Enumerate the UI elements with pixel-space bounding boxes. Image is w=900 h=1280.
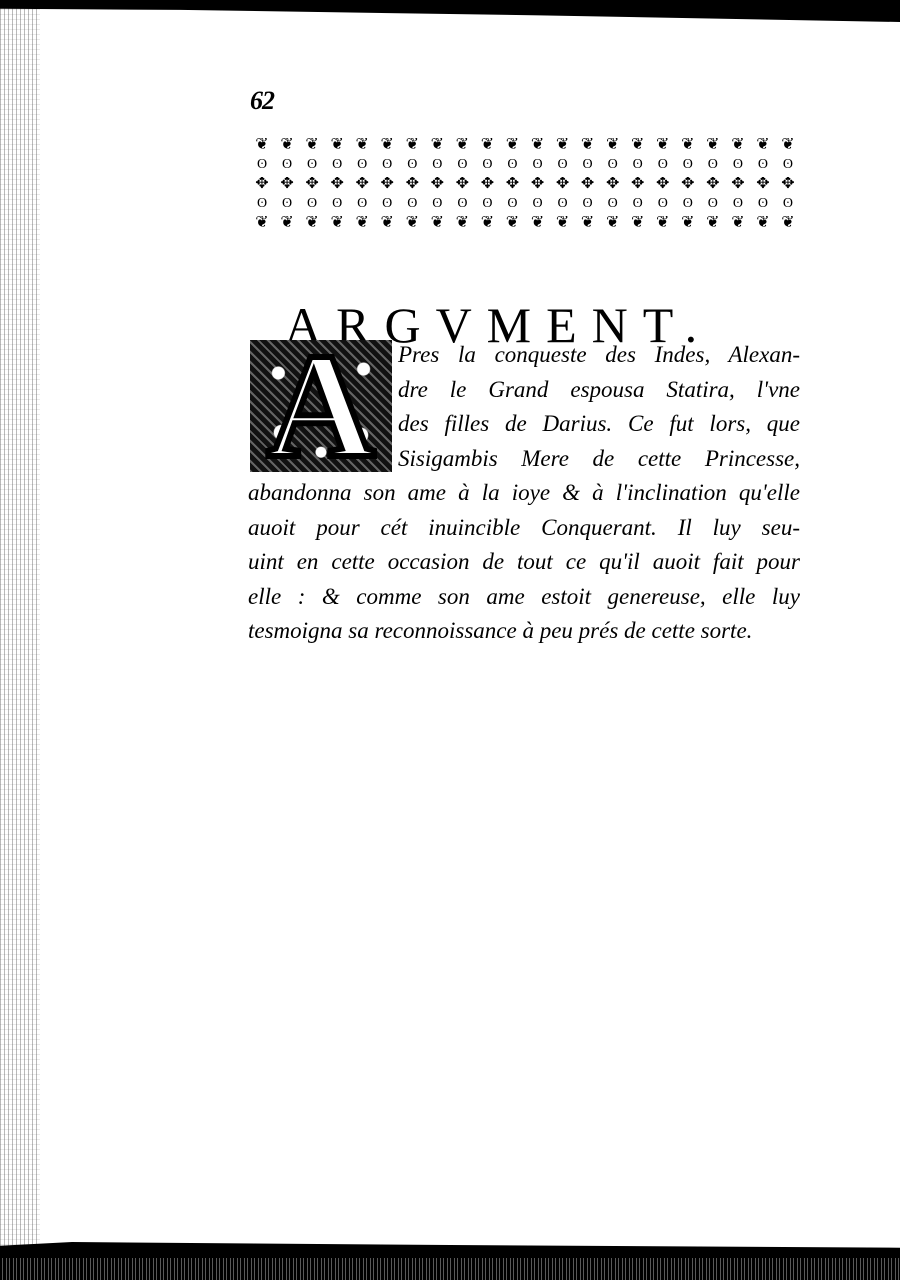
ornament-glyph-icon: ʘ [400, 158, 424, 172]
ornament-glyph-icon: ✥ [626, 177, 650, 191]
ornament-glyph-icon: ʘ [400, 197, 424, 211]
ornament-glyph-icon: ❦ [450, 216, 474, 230]
ornament-glyph-icon: ʘ [551, 197, 575, 211]
ornament-glyph-icon: ❦ [450, 138, 474, 152]
ornament-glyph-icon: ❦ [400, 138, 424, 152]
ornament-glyph-icon: ʘ [601, 158, 625, 172]
ornament-glyph-icon: ✥ [701, 177, 725, 191]
ornament-glyph-icon: ❦ [651, 138, 675, 152]
argument-paragraph: Pres la conqueste des Indes, Alexan- dre… [248, 338, 800, 649]
ornament-glyph-icon: ʘ [676, 158, 700, 172]
ornament-glyph-icon: ʘ [651, 158, 675, 172]
text-line: dre le Grand espousa Statira, l'vne [248, 373, 800, 408]
ornament-glyph-icon: ʘ [601, 197, 625, 211]
ornament-glyph-icon: ❦ [475, 138, 499, 152]
ornament-glyph-icon: ❦ [576, 216, 600, 230]
ornament-glyph-icon: ❦ [500, 138, 524, 152]
ornament-glyph-icon: ʘ [475, 158, 499, 172]
ornament-glyph-icon: ✥ [751, 177, 775, 191]
ornament-glyph-icon: ❦ [325, 138, 349, 152]
ornament-row-fleurons-top: ❦❦❦❦❦❦❦❦❦❦❦❦❦❦❦❦❦❦❦❦❦❦ [250, 138, 800, 152]
ornament-glyph-icon: ✥ [425, 177, 449, 191]
ornament-glyph-icon: ʘ [626, 197, 650, 211]
ornament-glyph-icon: ʘ [526, 197, 550, 211]
ornament-glyph-icon: ❦ [776, 216, 800, 230]
page-number: 62 [250, 86, 274, 116]
ornament-glyph-icon: ❦ [350, 216, 374, 230]
ornament-glyph-icon: ❦ [375, 216, 399, 230]
ornament-glyph-icon: ✥ [300, 177, 324, 191]
ornament-glyph-icon: ʘ [776, 197, 800, 211]
ornament-row-scrolls: ʘʘʘʘʘʘʘʘʘʘʘʘʘʘʘʘʘʘʘʘʘʘ [250, 158, 800, 172]
ornament-glyph-icon: ❦ [475, 216, 499, 230]
ornament-glyph-icon: ʘ [500, 158, 524, 172]
ornament-glyph-icon: ʘ [350, 158, 374, 172]
ornament-glyph-icon: ✥ [726, 177, 750, 191]
ornamental-headpiece: ❦❦❦❦❦❦❦❦❦❦❦❦❦❦❦❦❦❦❦❦❦❦ ʘʘʘʘʘʘʘʘʘʘʘʘʘʘʘʘʘ… [250, 138, 800, 230]
ornament-glyph-icon: ʘ [450, 158, 474, 172]
ornament-glyph-icon: ❦ [325, 216, 349, 230]
ornament-glyph-icon: ʘ [450, 197, 474, 211]
ornament-glyph-icon: ʘ [350, 197, 374, 211]
ornament-glyph-icon: ✥ [576, 177, 600, 191]
ornament-glyph-icon: ʘ [425, 197, 449, 211]
ornament-glyph-icon: ❦ [651, 216, 675, 230]
ornament-glyph-icon: ✥ [601, 177, 625, 191]
ornament-glyph-icon: ʘ [375, 158, 399, 172]
ornament-glyph-icon: ✥ [551, 177, 575, 191]
ornament-glyph-icon: ❦ [275, 216, 299, 230]
ornament-glyph-icon: ✥ [250, 177, 274, 191]
ornament-glyph-icon: ❦ [776, 138, 800, 152]
ornament-glyph-icon: ❦ [751, 216, 775, 230]
ornament-glyph-icon: ❦ [250, 138, 274, 152]
ornament-glyph-icon: ❦ [300, 138, 324, 152]
ornament-glyph-icon: ʘ [250, 158, 274, 172]
ornament-glyph-icon: ❦ [601, 216, 625, 230]
ornament-glyph-icon: ❦ [300, 216, 324, 230]
ornament-glyph-icon: ❦ [526, 138, 550, 152]
ornament-glyph-icon: ʘ [500, 197, 524, 211]
ornament-glyph-icon: ❦ [500, 216, 524, 230]
ornament-glyph-icon: ❦ [551, 216, 575, 230]
ornament-glyph-icon: ʘ [300, 197, 324, 211]
ornament-glyph-icon: ✥ [676, 177, 700, 191]
text-line: des filles de Darius. Ce fut lors, que [248, 407, 800, 442]
ornament-glyph-icon: ✥ [475, 177, 499, 191]
text-line: uint en cette occasion de tout ce qu'il … [248, 545, 800, 580]
ornament-glyph-icon: ❦ [676, 216, 700, 230]
ornament-glyph-icon: ʘ [250, 197, 274, 211]
ornament-glyph-icon: ʘ [475, 197, 499, 211]
ornament-glyph-icon: ʘ [626, 158, 650, 172]
ornament-glyph-icon: ʘ [751, 197, 775, 211]
ornament-glyph-icon: ʘ [526, 158, 550, 172]
ornament-glyph-icon: ❦ [350, 138, 374, 152]
ornament-glyph-icon: ❦ [726, 138, 750, 152]
ornament-glyph-icon: ✥ [500, 177, 524, 191]
ornament-glyph-icon: ʘ [676, 197, 700, 211]
ornament-glyph-icon: ʘ [776, 158, 800, 172]
ornament-glyph-icon: ʘ [576, 197, 600, 211]
text-line: Sisigambis Mere de cette Princesse, [248, 442, 800, 477]
ornament-glyph-icon: ❦ [425, 138, 449, 152]
ornament-glyph-icon: ʘ [751, 158, 775, 172]
ornament-glyph-icon: ✥ [776, 177, 800, 191]
ornament-glyph-icon: ʘ [275, 197, 299, 211]
ornament-glyph-icon: ❦ [275, 138, 299, 152]
ornament-glyph-icon: ʘ [576, 158, 600, 172]
ornament-glyph-icon: ʘ [325, 197, 349, 211]
ornament-glyph-icon: ❦ [551, 138, 575, 152]
ornament-glyph-icon: ʘ [425, 158, 449, 172]
ornament-glyph-icon: ❦ [626, 138, 650, 152]
text-line: Pres la conqueste des Indes, Alexan- [248, 338, 800, 373]
ornament-glyph-icon: ❦ [576, 138, 600, 152]
ornament-row-fleurons-bottom: ❦❦❦❦❦❦❦❦❦❦❦❦❦❦❦❦❦❦❦❦❦❦ [250, 216, 800, 230]
ornament-glyph-icon: ❦ [526, 216, 550, 230]
ornament-row-flourishes: ✥✥✥✥✥✥✥✥✥✥✥✥✥✥✥✥✥✥✥✥✥✥ [250, 177, 800, 191]
ornament-glyph-icon: ʘ [726, 158, 750, 172]
ornament-glyph-icon: ✥ [651, 177, 675, 191]
ornament-glyph-icon: ❦ [250, 216, 274, 230]
ornament-glyph-icon: ✥ [400, 177, 424, 191]
scan-top-edge [0, 0, 900, 22]
scan-left-gutter-noise [0, 0, 40, 1280]
ornament-glyph-icon: ✥ [350, 177, 374, 191]
ornament-glyph-icon: ʘ [551, 158, 575, 172]
ornament-glyph-icon: ❦ [425, 216, 449, 230]
ornament-row-scrolls-lower: ʘʘʘʘʘʘʘʘʘʘʘʘʘʘʘʘʘʘʘʘʘʘ [250, 197, 800, 211]
text-line: abandonna son ame à la ioye & à l'inclin… [248, 476, 800, 511]
text-line: tesmoigna sa reconnoissance à peu prés d… [248, 614, 800, 649]
scan-bottom-noise [0, 1258, 900, 1280]
ornament-glyph-icon: ❦ [626, 216, 650, 230]
ornament-glyph-icon: ʘ [375, 197, 399, 211]
ornament-glyph-icon: ʘ [701, 158, 725, 172]
ornament-glyph-icon: ❦ [701, 216, 725, 230]
ornament-glyph-icon: ❦ [701, 138, 725, 152]
ornament-glyph-icon: ʘ [651, 197, 675, 211]
ornament-glyph-icon: ❦ [601, 138, 625, 152]
ornament-glyph-icon: ❦ [375, 138, 399, 152]
ornament-glyph-icon: ʘ [726, 197, 750, 211]
ornament-glyph-icon: ʘ [300, 158, 324, 172]
ornament-glyph-icon: ❦ [400, 216, 424, 230]
ornament-glyph-icon: ʘ [325, 158, 349, 172]
ornament-glyph-icon: ✥ [325, 177, 349, 191]
ornament-glyph-icon: ❦ [726, 216, 750, 230]
text-line: elle : & comme son ame estoit genereuse,… [248, 580, 800, 615]
text-line: auoit pour cét inuincible Conquerant. Il… [248, 511, 800, 546]
ornament-glyph-icon: ✥ [275, 177, 299, 191]
ornament-glyph-icon: ✥ [450, 177, 474, 191]
ornament-glyph-icon: ❦ [751, 138, 775, 152]
ornament-glyph-icon: ✥ [526, 177, 550, 191]
ornament-glyph-icon: ʘ [275, 158, 299, 172]
ornament-glyph-icon: ❦ [676, 138, 700, 152]
ornament-glyph-icon: ʘ [701, 197, 725, 211]
ornament-glyph-icon: ✥ [375, 177, 399, 191]
